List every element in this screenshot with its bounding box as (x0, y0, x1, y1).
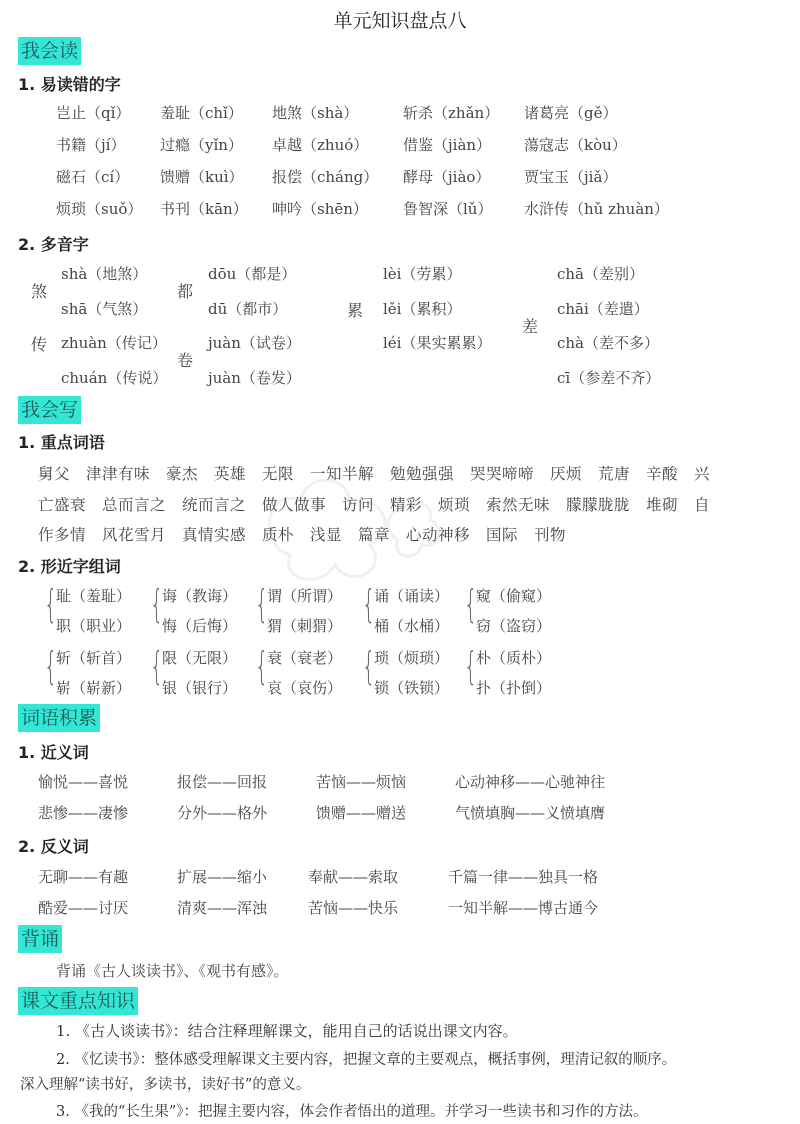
key-words-line: 亡盛衰 总而言之 统而言之 做人做事 访问 精彩 烦琐 索然无味 朦朦胧胧 堆砌… (38, 493, 710, 515)
page-title: 单元知识盘点八 (0, 6, 800, 33)
synonym-pair: 馈赠——赠送 (316, 802, 406, 823)
synonym-pair: 心动神移——心驰神往 (455, 771, 605, 792)
misread-word: 书刊（kān） (160, 198, 248, 219)
section-heading-recite: 背诵 (18, 925, 62, 953)
polyphonic-reading: chuán（传说） (61, 367, 167, 388)
polyphonic-reading: lěi（累积） (383, 298, 461, 319)
misread-word: 书籍（jí） (56, 134, 125, 155)
key-words-line: 作多情 风花雪月 真情实感 质朴 浅显 篇章 心动神移 国际 刊物 (38, 523, 566, 545)
section-heading-vocab: 词语积累 (18, 704, 100, 732)
subheading-synonyms: 1. 近义词 (18, 740, 89, 763)
similar-char: 哀（哀伤） (267, 677, 342, 698)
section-heading-key-knowledge: 课文重点知识 (18, 987, 138, 1015)
misread-word: 斩杀（zhǎn） (403, 102, 499, 123)
similar-char: 悔（后悔） (162, 615, 237, 636)
antonym-pair: 扩展——缩小 (177, 866, 267, 887)
subheading-key-words: 1. 重点词语 (18, 430, 105, 453)
misread-word: 地煞（shà） (272, 102, 358, 123)
subheading-easy-misread: 1. 易读错的字 (18, 72, 121, 95)
similar-char: 限（无限） (162, 647, 237, 668)
polyphonic-char: 煞 (31, 279, 47, 302)
misread-word: 诸葛亮（gě） (524, 102, 617, 123)
similar-char: 职（职业） (56, 615, 131, 636)
antonym-pair: 奉献——索取 (308, 866, 398, 887)
polyphonic-reading: zhuàn（传记） (61, 332, 167, 353)
polyphonic-char: 传 (31, 332, 47, 355)
polyphonic-char: 累 (347, 298, 363, 321)
similar-char: 窥（偷窥） (476, 585, 551, 606)
antonym-pair: 清爽——浑浊 (177, 897, 267, 918)
similar-char: 衰（衰老） (267, 647, 342, 668)
subheading-polyphonic: 2. 多音字 (18, 232, 89, 255)
similar-char: 斩（斩首） (56, 647, 131, 668)
polyphonic-reading: dōu（都是） (208, 263, 296, 284)
polyphonic-reading: shā（气煞） (61, 298, 147, 319)
misread-word: 过瘾（yǐn） (160, 134, 243, 155)
polyphonic-reading: juàn（卷发） (208, 367, 301, 388)
polyphonic-reading: cī（参差不齐） (557, 367, 660, 388)
polyphonic-reading: juàn（试卷） (208, 332, 301, 353)
misread-word: 酵母（jiào） (403, 166, 490, 187)
recite-text: 背诵《古人谈读书》、《观书有感》。 (56, 960, 289, 981)
synonym-pair: 悲惨——凄惨 (38, 802, 128, 823)
similar-char: 诵（诵读） (374, 585, 449, 606)
polyphonic-reading: dū（都市） (208, 298, 287, 319)
antonym-pair: 酷爱——讨厌 (38, 897, 128, 918)
misread-word: 呻吟（shēn） (272, 198, 368, 219)
polyphonic-char: 都 (177, 279, 193, 302)
polyphonic-char: 差 (522, 314, 538, 337)
key-point-1: 1. 《古人谈读书》：结合注释理解课文，能用自己的话说出课文内容。 (20, 1016, 790, 1046)
subheading-similar-chars: 2. 形近字组词 (18, 554, 121, 577)
synonym-pair: 分外——格外 (177, 802, 267, 823)
polyphonic-reading: chāi（差遣） (557, 298, 649, 319)
subheading-antonyms: 2. 反义词 (18, 834, 89, 857)
misread-word: 水浒传（hǔ zhuàn） (524, 198, 669, 219)
misread-word: 贾宝玉（jiǎ） (524, 166, 617, 187)
misread-word: 烦琐（suǒ） (56, 198, 142, 219)
polyphonic-reading: chà（差不多） (557, 332, 659, 353)
antonym-pair: 苦恼——快乐 (308, 897, 398, 918)
similar-char: 朴（质朴） (476, 647, 551, 668)
polyphonic-reading: léi（果实累累） (383, 332, 491, 353)
polyphonic-reading: lèi（劳累） (383, 263, 461, 284)
similar-char: 锁（铁锁） (374, 677, 449, 698)
polyphonic-char: 卷 (177, 348, 193, 371)
misread-word: 羞耻（chǐ） (160, 102, 243, 123)
similar-char: 谓（所谓） (267, 585, 342, 606)
synonym-pair: 气愤填胸——义愤填膺 (455, 802, 605, 823)
section-heading-read: 我会读 (18, 37, 81, 65)
misread-word: 报偿（cháng） (272, 166, 378, 187)
similar-char: 猬（刺猬） (267, 615, 342, 636)
similar-char: 琐（烦琐） (374, 647, 449, 668)
synonym-pair: 愉悦——喜悦 (38, 771, 128, 792)
similar-char: 银（银行） (162, 677, 237, 698)
key-words-line: 舅父 津津有味 豪杰 英雄 无限 一知半解 勉勉强强 哭哭啼啼 厌烦 荒唐 辛酸… (38, 462, 710, 484)
misread-word: 岂止（qǐ） (56, 102, 130, 123)
similar-char: 窃（盗窃） (476, 615, 551, 636)
section-heading-write: 我会写 (18, 396, 81, 424)
misread-word: 磁石（cí） (56, 166, 129, 187)
antonym-pair: 无聊——有趣 (38, 866, 128, 887)
antonym-pair: 一知半解——博古通今 (448, 897, 598, 918)
misread-word: 鲁智深（lǔ） (403, 198, 492, 219)
key-point-2-cont: 深入理解“读书好，多读书，读好书”的意义。 (20, 1070, 790, 1100)
key-point-3: 3. 《我的“长生果”》：把握主要内容，体会作者悟出的道理。并学习一些读书和习作… (20, 1097, 790, 1124)
misread-word: 卓越（zhuó） (272, 134, 368, 155)
similar-char: 扑（扑倒） (476, 677, 551, 698)
antonym-pair: 千篇一律——独具一格 (448, 866, 598, 887)
polyphonic-reading: chā（差别） (557, 263, 644, 284)
synonym-pair: 苦恼——烦恼 (316, 771, 406, 792)
similar-char: 耻（羞耻） (56, 585, 131, 606)
misread-word: 蕩寇志（kòu） (524, 134, 627, 155)
synonym-pair: 报偿——回报 (177, 771, 267, 792)
misread-word: 借鉴（jiàn） (403, 134, 491, 155)
similar-char: 诲（教诲） (162, 585, 237, 606)
similar-char: 桶（水桶） (374, 615, 449, 636)
polyphonic-reading: shà（地煞） (61, 263, 147, 284)
similar-char: 崭（崭新） (56, 677, 131, 698)
misread-word: 馈赠（kuì） (160, 166, 244, 187)
